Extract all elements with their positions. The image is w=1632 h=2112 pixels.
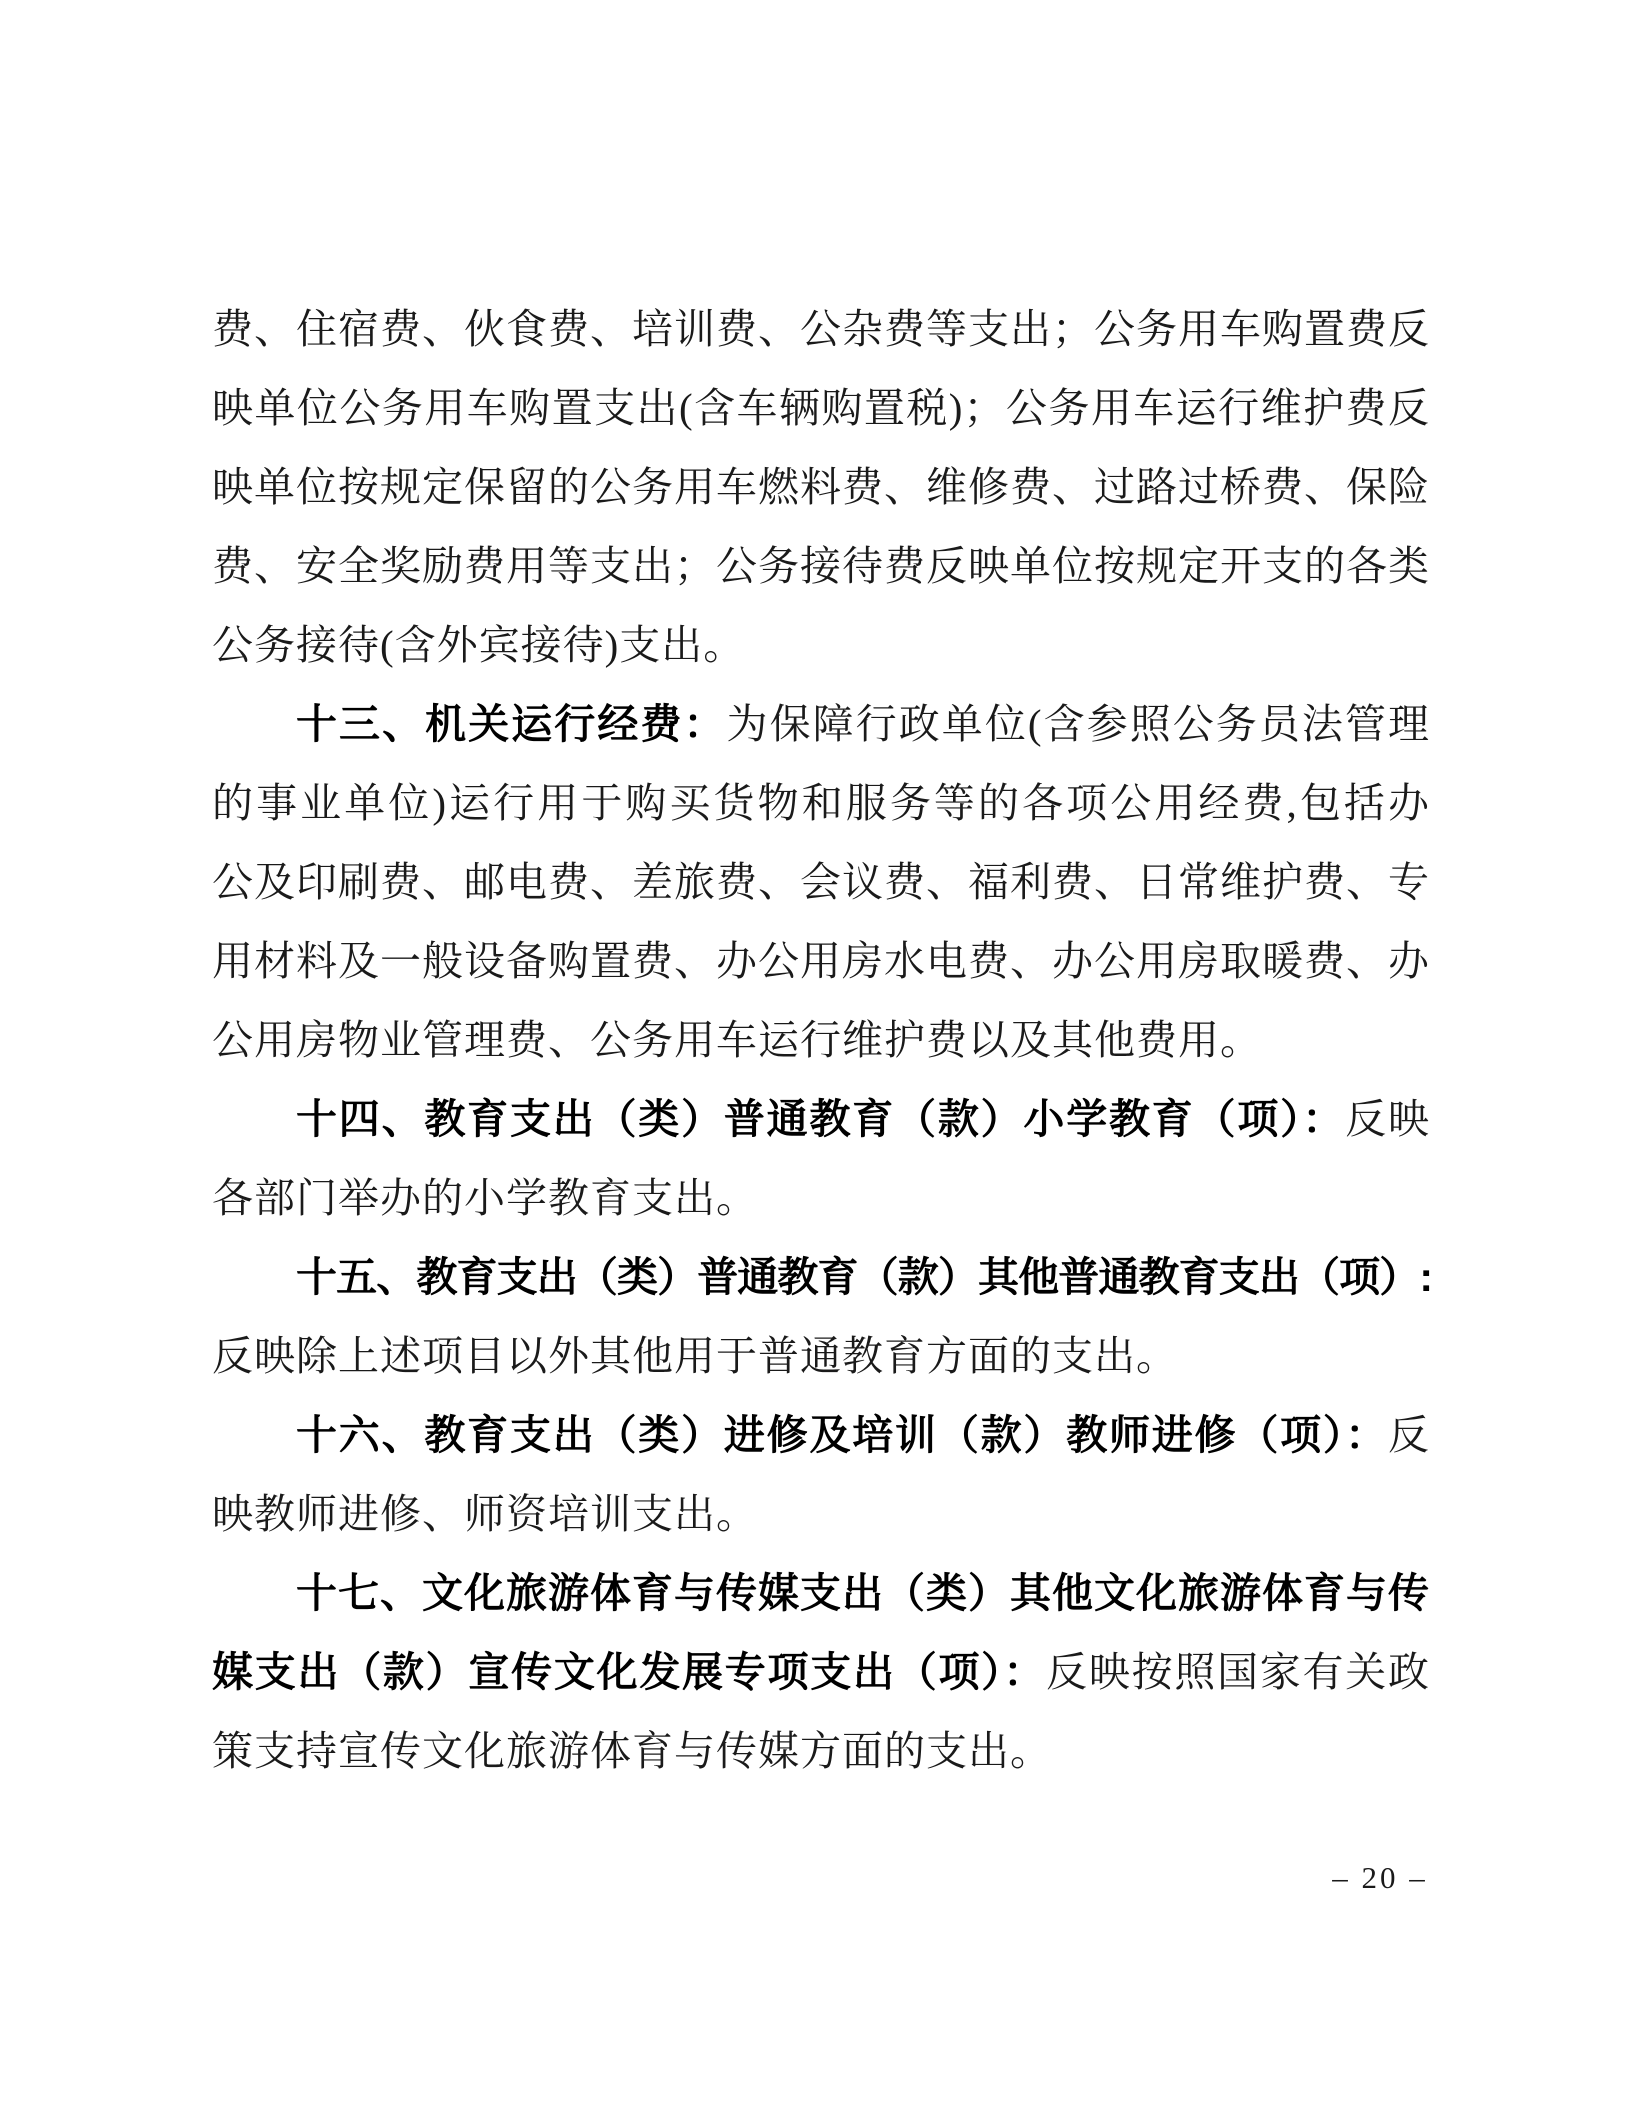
- body-text-segment: 公及印刷费、邮电费、差旅费、会议费、福利费、日常维护费、专: [212, 859, 1430, 905]
- text-line: 媒支出（款）宣传文化发展专项支出（项）：反映按照国家有关政: [212, 1633, 1430, 1712]
- body-text-segment: 反: [1388, 1412, 1430, 1458]
- text-line: 费、安全奖励费用等支出；公务接待费反映单位按规定开支的各类: [212, 527, 1430, 606]
- text-line: 映教师进修、师资培训支出。: [212, 1475, 1430, 1554]
- text-line: 公及印刷费、邮电费、差旅费、会议费、福利费、日常维护费、专: [212, 843, 1430, 922]
- text-line: 十六、教育支出（类）进修及培训（款）教师进修（项）：反: [212, 1396, 1430, 1475]
- text-line: 十三、机关运行经费：为保障行政单位(含参照公务员法管理: [212, 685, 1430, 764]
- body-text-segment: 映教师进修、师资培训支出。: [212, 1491, 758, 1537]
- text-line: 用材料及一般设备购置费、办公用房水电费、办公用房取暖费、办: [212, 922, 1430, 1001]
- section-heading-segment: 十四、教育支出（类）普通教育（款）小学教育（项）：: [296, 1096, 1345, 1142]
- body-text-segment: 映单位按规定保留的公务用车燃料费、维修费、过路过桥费、保险: [212, 464, 1430, 510]
- body-text-segment: 各部门举办的小学教育支出。: [212, 1175, 758, 1221]
- section-heading-segment: 媒支出（款）宣传文化发展专项支出（项）：: [212, 1649, 1046, 1695]
- body-text-segment: 反映除上述项目以外其他用于普通教育方面的支出。: [212, 1333, 1178, 1379]
- section-heading-segment: 十三、机关运行经费：: [296, 701, 727, 747]
- text-line: 映单位公务用车购置支出(含车辆购置税)；公务用车运行维护费反: [212, 369, 1430, 448]
- body-text-segment: 公务接待(含外宾接待)支出。: [212, 622, 745, 668]
- body-text-segment: 策支持宣传文化旅游体育与传媒方面的支出。: [212, 1728, 1052, 1774]
- section-heading-segment: 十六、教育支出（类）进修及培训（款）教师进修（项）：: [296, 1412, 1388, 1458]
- body-text-segment: 费、住宿费、伙食费、培训费、公杂费等支出；公务用车购置费反: [212, 306, 1430, 352]
- text-line: 公用房物业管理费、公务用车运行维护费以及其他费用。: [212, 1001, 1430, 1080]
- document-page: 费、住宿费、伙食费、培训费、公杂费等支出；公务用车购置费反映单位公务用车购置支出…: [0, 0, 1632, 2112]
- text-line: 策支持宣传文化旅游体育与传媒方面的支出。: [212, 1712, 1430, 1791]
- text-line: 映单位按规定保留的公务用车燃料费、维修费、过路过桥费、保险: [212, 448, 1430, 527]
- text-line: 费、住宿费、伙食费、培训费、公杂费等支出；公务用车购置费反: [212, 290, 1430, 369]
- text-line: 公务接待(含外宾接待)支出。: [212, 606, 1430, 685]
- body-text-segment: 反映: [1345, 1096, 1430, 1142]
- page-number: – 20 –: [1280, 1860, 1480, 1896]
- body-text-segment: 用材料及一般设备购置费、办公用房水电费、办公用房取暖费、办: [212, 938, 1430, 984]
- body-text-segment: 反映按照国家有关政: [1046, 1649, 1430, 1695]
- body-text-segment: 为保障行政单位(含参照公务员法管理: [727, 701, 1430, 747]
- text-line: 十五、教育支出（类）普通教育（款）其他普通教育支出（项）:: [212, 1238, 1430, 1317]
- text-line: 各部门举办的小学教育支出。: [212, 1159, 1430, 1238]
- text-line: 十七、文化旅游体育与传媒支出（类）其他文化旅游体育与传: [212, 1554, 1430, 1633]
- text-line: 十四、教育支出（类）普通教育（款）小学教育（项）：反映: [212, 1080, 1430, 1159]
- text-line: 的事业单位)运行用于购买货物和服务等的各项公用经费,包括办: [212, 764, 1430, 843]
- body-text-segment: 公用房物业管理费、公务用车运行维护费以及其他费用。: [212, 1017, 1262, 1063]
- text-body: 费、住宿费、伙食费、培训费、公杂费等支出；公务用车购置费反映单位公务用车购置支出…: [212, 290, 1430, 1791]
- body-text-segment: 费、安全奖励费用等支出；公务接待费反映单位按规定开支的各类: [212, 543, 1430, 589]
- body-text-segment: 映单位公务用车购置支出(含车辆购置税)；公务用车运行维护费反: [212, 385, 1430, 431]
- section-heading-segment: 十五、教育支出（类）普通教育（款）其他普通教育支出（项）:: [296, 1254, 1430, 1300]
- section-heading-segment: 十七、文化旅游体育与传媒支出（类）其他文化旅游体育与传: [296, 1570, 1430, 1616]
- text-line: 反映除上述项目以外其他用于普通教育方面的支出。: [212, 1317, 1430, 1396]
- body-text-segment: 的事业单位)运行用于购买货物和服务等的各项公用经费,包括办: [212, 780, 1430, 826]
